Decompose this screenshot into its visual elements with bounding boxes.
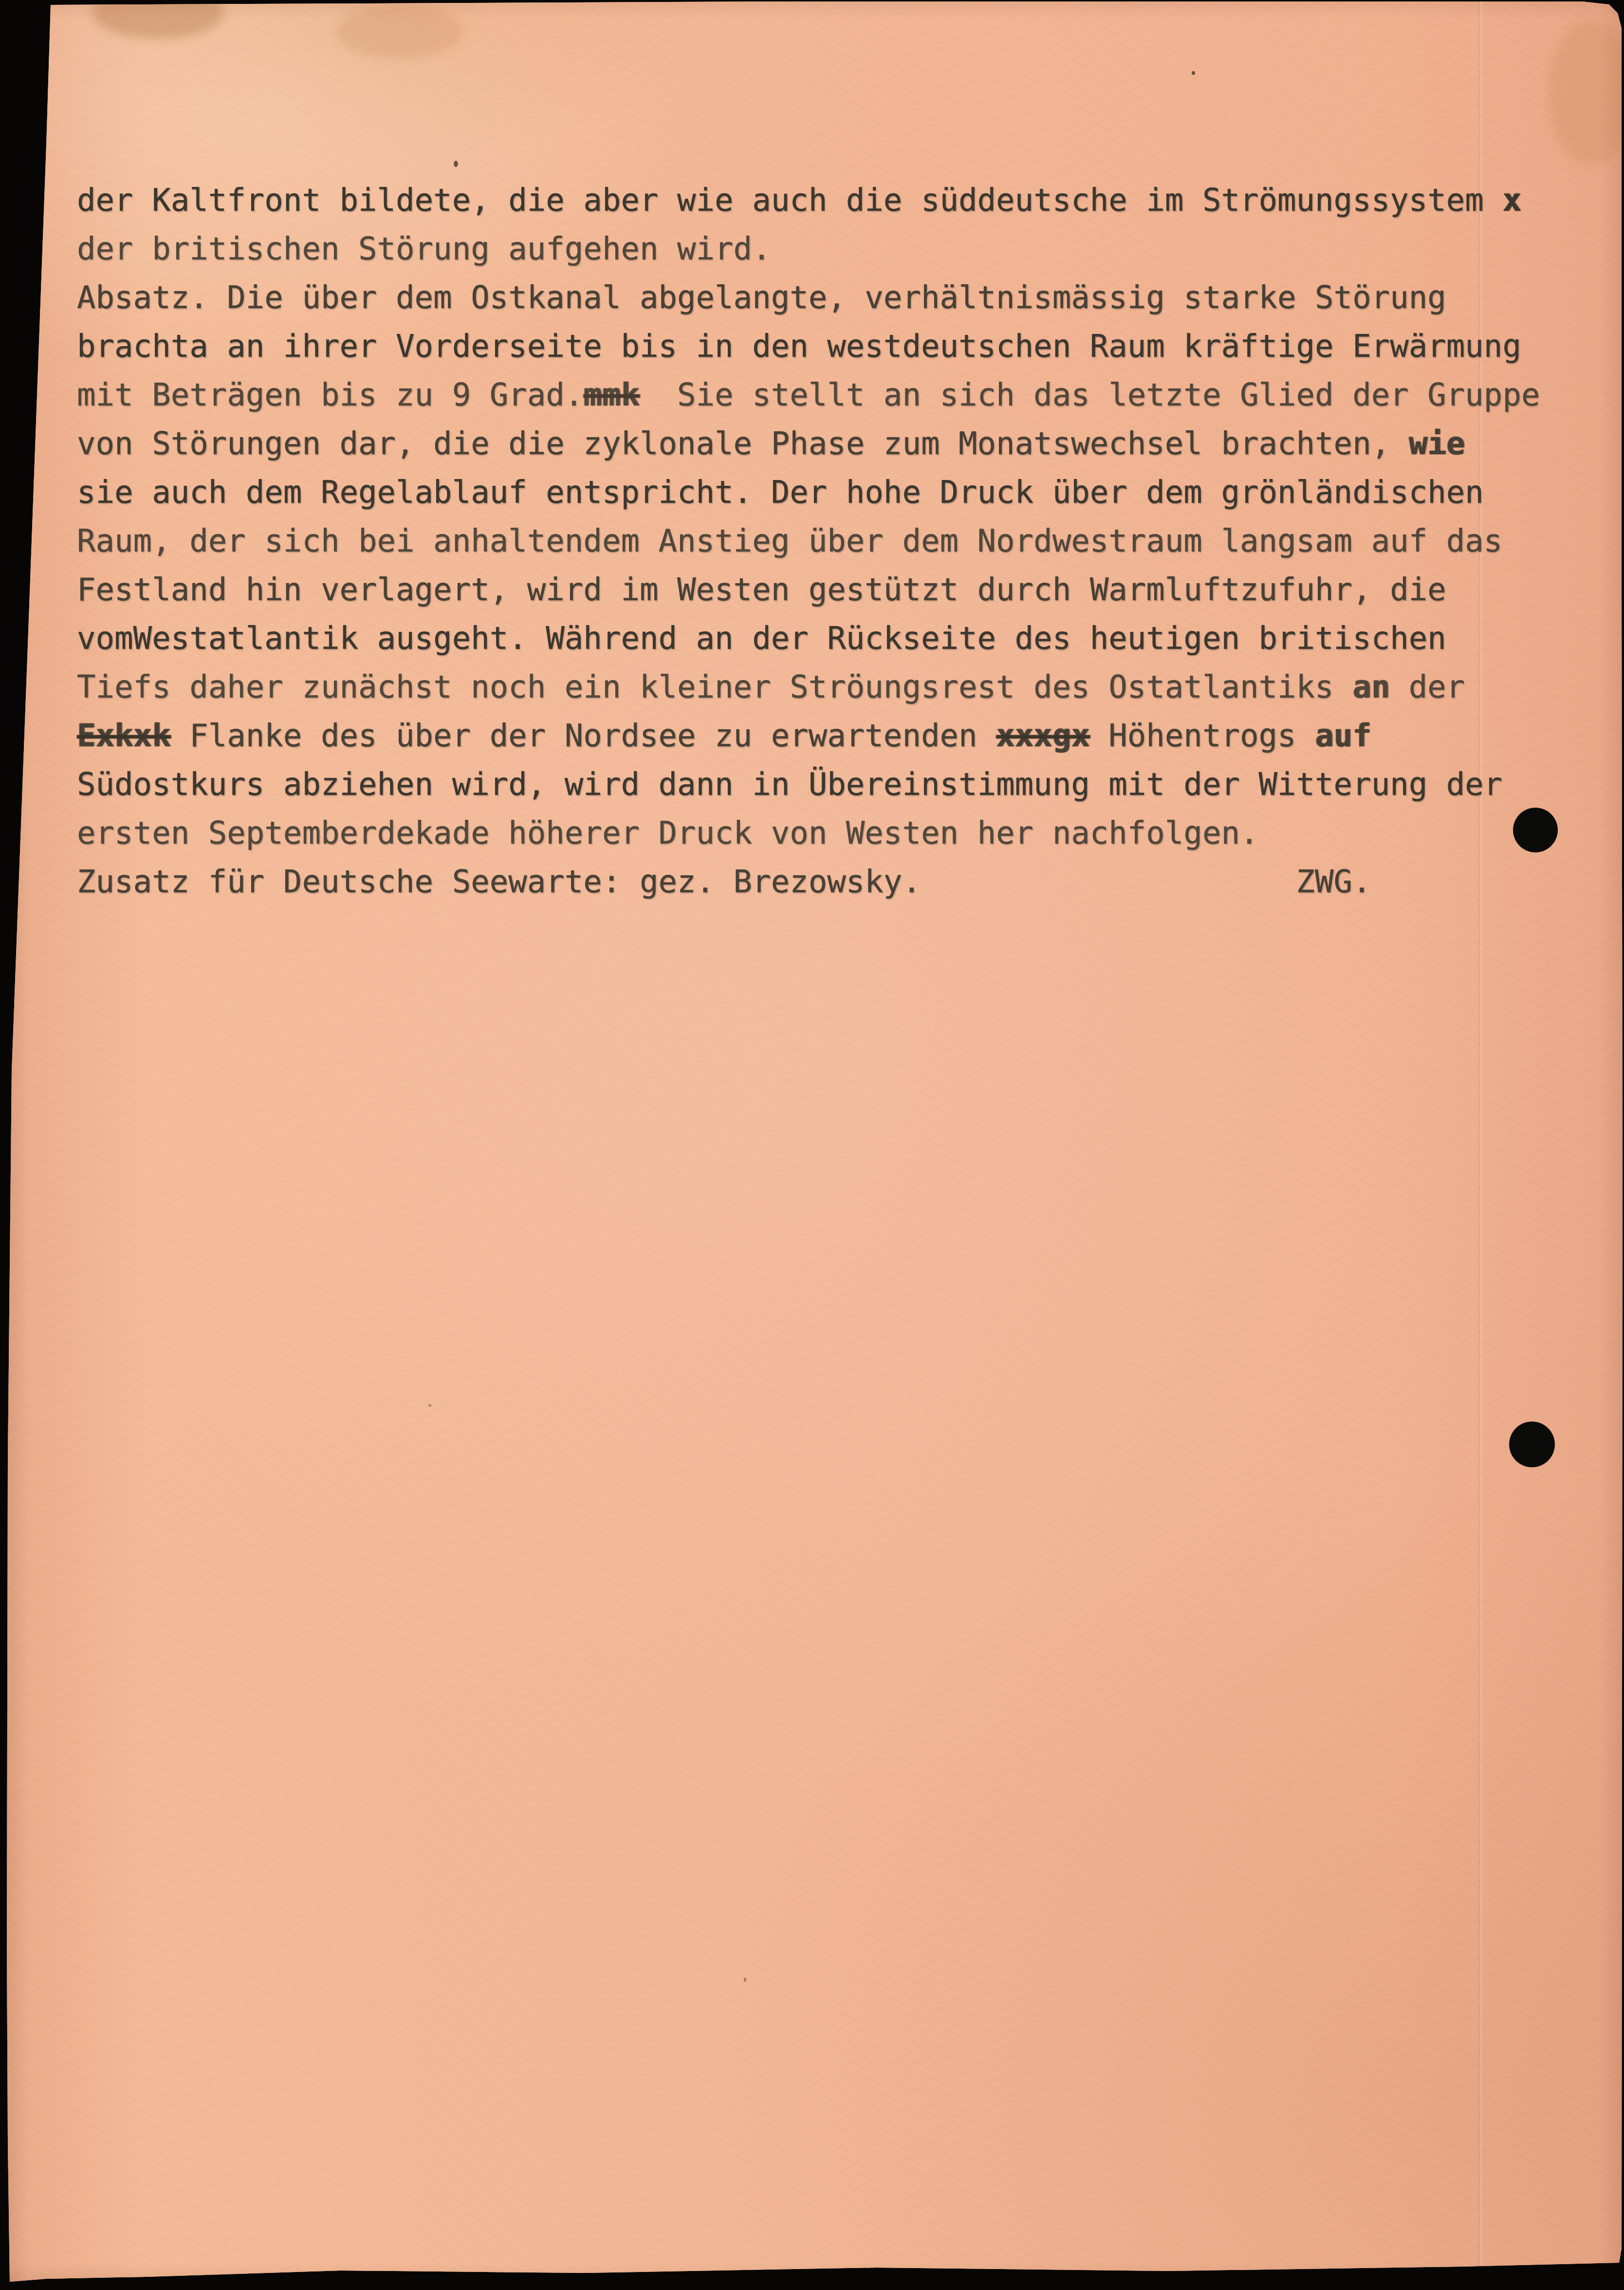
text-segment: der <box>1390 669 1465 705</box>
text-segment: ersten Septemberdekade höherer Druck von… <box>77 815 1258 851</box>
crossed-out-text: mmk <box>583 377 640 413</box>
text-segment: der britischen Störung aufgehen wird. <box>77 231 771 267</box>
text-line: mit Beträgen bis zu 9 Grad.mmk Sie stell… <box>77 371 1557 420</box>
text-segment: Festland hin verlagert, wird im Westen g… <box>77 572 1446 608</box>
crossed-out-text: xxxgx <box>996 718 1090 754</box>
ink-speck <box>1192 71 1195 75</box>
text-segment: auf <box>1315 718 1371 754</box>
punch-hole-top <box>1513 808 1558 852</box>
text-segment: Tiefs daher zunächst noch ein kleiner St… <box>77 669 1352 705</box>
typewritten-text: der Kaltfront bildete, die aber wie auch… <box>77 176 1557 906</box>
text-line: sie auch dem Regelablauf entspricht. Der… <box>77 468 1557 517</box>
ink-speck <box>428 1404 431 1407</box>
paper-sheet: der Kaltfront bildete, die aber wie auch… <box>0 0 1624 2290</box>
text-segment: Absatz. Die über dem Ostkanal abgelangte… <box>77 280 1446 316</box>
text-segment: sie auch dem Regelablauf entspricht. Der… <box>77 475 1484 511</box>
text-line: Zusatz für Deutsche Seewarte: gez. Brezo… <box>77 858 1557 906</box>
text-line: der Kaltfront bildete, die aber wie auch… <box>77 176 1557 225</box>
text-segment: der Kaltfront bildete, die aber wie auch… <box>77 183 1502 219</box>
text-segment: Flanke des über der Nordsee zu erwartend… <box>171 718 996 754</box>
text-line: Südostkurs abziehen wird, wird dann in Ü… <box>77 760 1557 809</box>
text-segment: von Störungen dar, die die zyklonale Pha… <box>77 426 1409 462</box>
text-segment: Höhentrogs <box>1090 718 1315 754</box>
ink-speck <box>454 161 458 167</box>
stain <box>92 0 224 39</box>
stain <box>1548 19 1624 166</box>
text-line: Raum, der sich bei anhaltendem Anstieg ü… <box>77 517 1557 566</box>
text-line: von Störungen dar, die die zyklonale Pha… <box>77 420 1557 468</box>
text-segment: an <box>1352 669 1390 705</box>
stain <box>336 5 462 58</box>
text-line: Absatz. Die über dem Ostkanal abgelangte… <box>77 274 1557 322</box>
text-segment: brachta an ihrer Vorderseite bis in den … <box>77 329 1521 365</box>
signature-line: Zusatz für Deutsche Seewarte: gez. Brezo… <box>77 864 921 900</box>
text-segment: mit Beträgen bis zu 9 Grad. <box>77 377 583 413</box>
text-segment <box>921 864 1296 900</box>
text-line: ersten Septemberdekade höherer Druck von… <box>77 809 1557 858</box>
ink-speck <box>744 1977 746 1982</box>
text-segment: Südostkurs abziehen wird, wird dann in Ü… <box>77 767 1502 803</box>
text-line: Exkxk Flanke des über der Nordsee zu erw… <box>77 712 1557 760</box>
scan-background: der Kaltfront bildete, die aber wie auch… <box>0 0 1624 2290</box>
text-line: Festland hin verlagert, wird im Westen g… <box>77 566 1557 614</box>
text-line: der britischen Störung aufgehen wird. <box>77 225 1557 274</box>
crossed-out-text: Exkxk <box>77 718 171 754</box>
text-line: brachta an ihrer Vorderseite bis in den … <box>77 322 1557 371</box>
punch-hole-bottom <box>1509 1422 1555 1467</box>
text-line: vomWestatlantik ausgeht. Während an der … <box>77 614 1557 663</box>
overstruck-character: x <box>1502 183 1521 219</box>
text-segment: vomWestatlantik ausgeht. Während an der … <box>77 621 1446 657</box>
text-segment: wie <box>1409 426 1465 462</box>
text-segment: Raum, der sich bei anhaltendem Anstieg ü… <box>77 523 1502 559</box>
text-segment: Sie stellt an sich das letzte Glied der … <box>640 377 1540 413</box>
initials-zwg: ZWG. <box>1296 864 1371 900</box>
text-line: Tiefs daher zunächst noch ein kleiner St… <box>77 663 1557 712</box>
